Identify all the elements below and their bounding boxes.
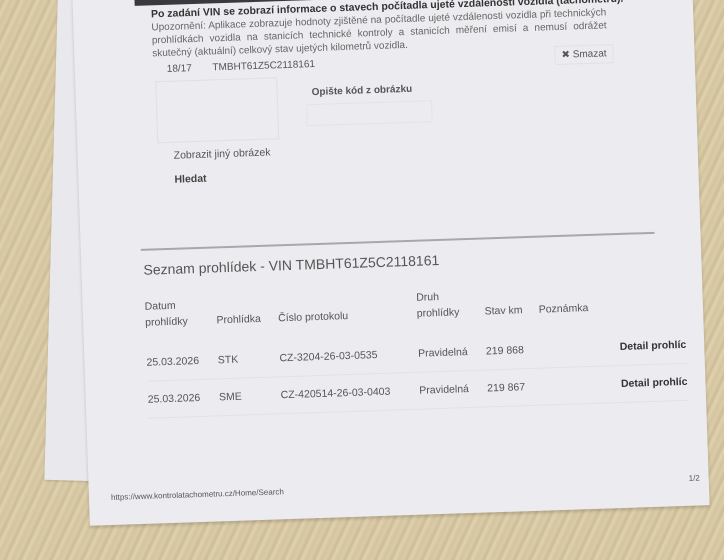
cell-type: STK xyxy=(217,340,280,379)
cell-type: SME xyxy=(218,377,281,416)
cell-protocol: CZ-3204-26-03-0535 xyxy=(279,336,419,377)
footer-url: https://www.kontrolatachometru.cz/Home/S… xyxy=(111,487,284,502)
cell-note xyxy=(539,329,608,368)
search-count: 18/17 xyxy=(167,63,192,75)
captcha-image xyxy=(155,77,279,143)
search-button[interactable]: Hledat xyxy=(174,173,206,186)
header-kind: Druhprohlídky xyxy=(416,288,485,336)
search-history-entry: 18/17 TMBHT61Z5C2118161 xyxy=(167,58,334,75)
header-km: Stav km xyxy=(484,286,540,334)
printed-page: ▮▮▮▮▮ Po zadání VIN se zobrazí informace… xyxy=(72,0,710,526)
captcha-input[interactable] xyxy=(306,100,433,126)
header-date: Datumprohlídky xyxy=(144,296,217,344)
cell-km: 219 868 xyxy=(485,332,540,370)
delete-button[interactable]: ✖ Smazat xyxy=(554,44,614,65)
cell-km: 219 867 xyxy=(487,368,542,407)
cell-kind: Pravidelná xyxy=(419,370,488,409)
cell-date: 25.03.2026 xyxy=(147,379,220,418)
detail-link[interactable]: Detail prohlíc xyxy=(607,327,687,366)
footer-page-number: 1/2 xyxy=(689,473,700,482)
detail-link[interactable]: Detail prohlíc xyxy=(608,363,688,403)
inspections-title: Seznam prohlídek - VIN TMBHT61Z5C2118161 xyxy=(143,252,439,278)
inspections-table: Datumprohlídky Prohlídka Číslo protokolu… xyxy=(144,281,688,419)
header-protocol: Číslo protokolu xyxy=(277,290,417,341)
cell-note xyxy=(541,366,610,405)
delete-label: Smazat xyxy=(573,48,607,60)
section-divider xyxy=(141,232,655,251)
cell-kind: Pravidelná xyxy=(418,333,487,372)
header-note: Poznámka xyxy=(538,283,607,331)
x-icon: ✖ xyxy=(561,50,570,61)
search-vin[interactable]: TMBHT61Z5C2118161 xyxy=(212,59,315,73)
captcha-label: Opište kód z obrázku xyxy=(311,84,412,98)
header-type: Prohlídka xyxy=(216,294,279,342)
header-detail xyxy=(606,281,686,330)
cell-protocol: CZ-420514-26-03-0403 xyxy=(280,372,420,414)
cell-date: 25.03.2026 xyxy=(146,342,219,381)
show-other-image-link[interactable]: Zobrazit jiný obrázek xyxy=(173,147,270,162)
